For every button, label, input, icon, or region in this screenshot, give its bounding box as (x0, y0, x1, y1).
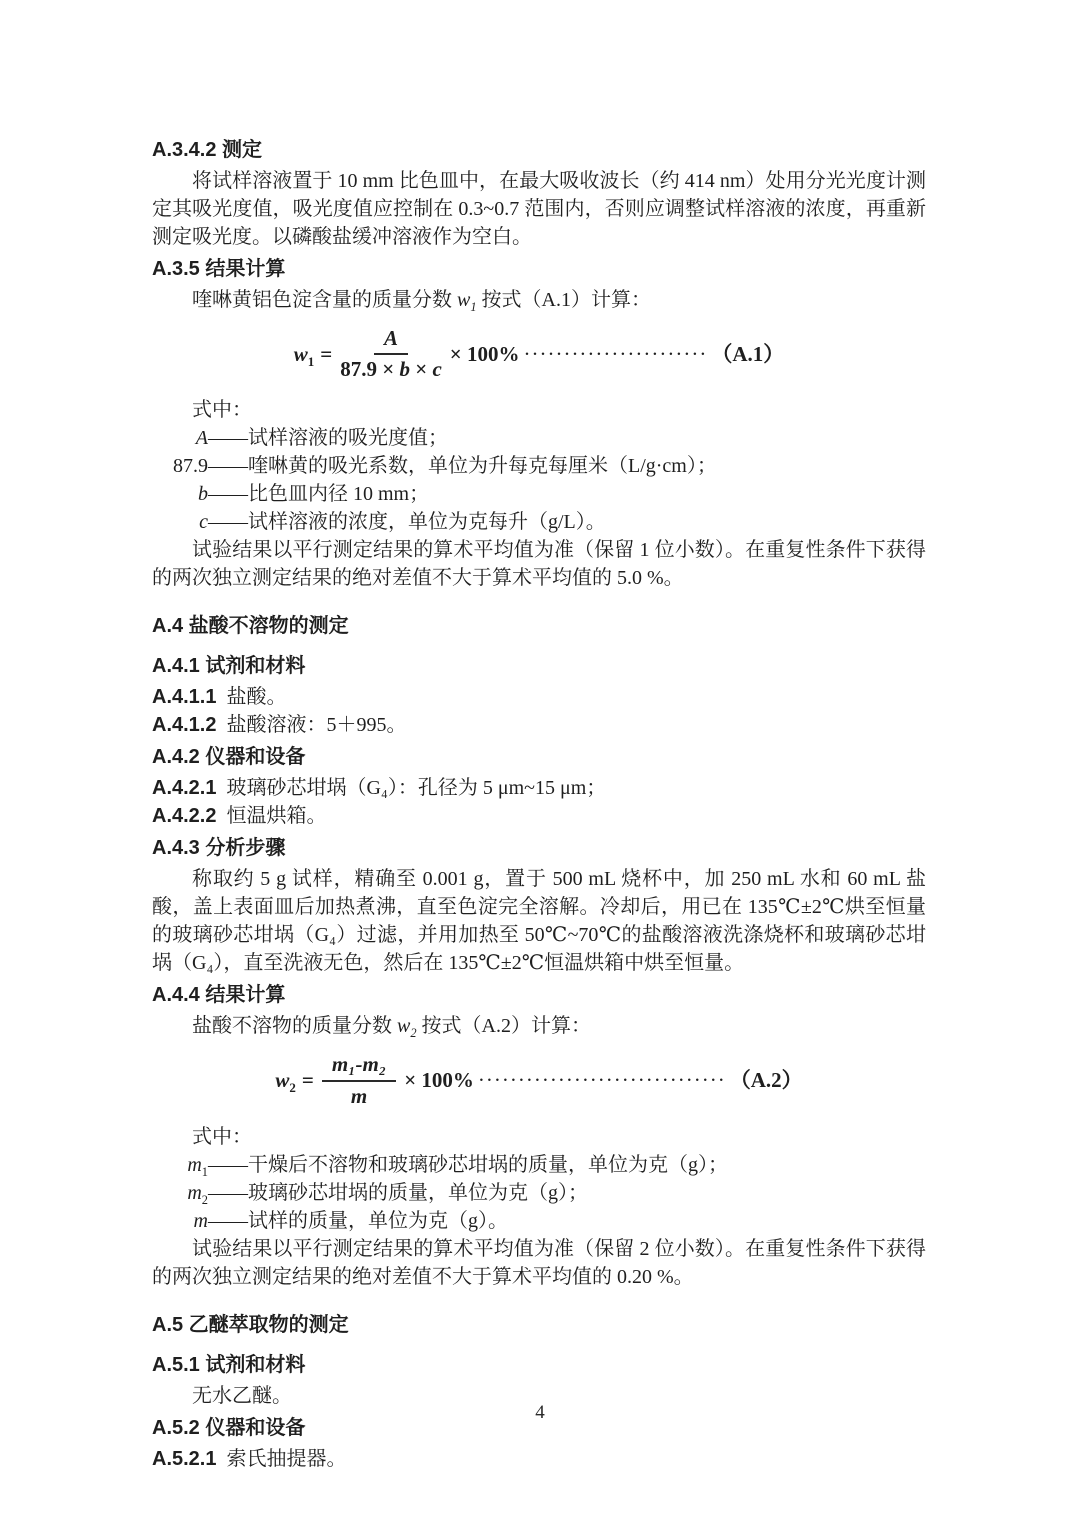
formula-lhs: w2 (275, 1068, 296, 1093)
formula-number-label: （A.2） (730, 1068, 803, 1093)
definition-desc: ——试样溶液的吸光度值； (208, 424, 926, 452)
fraction-numerator: A (374, 326, 408, 355)
var-letter: m (351, 1084, 367, 1108)
clause-text: 盐酸溶液：5＋995。 (226, 714, 406, 736)
para-a44-intro: 盐酸不溶物的质量分数 w2 按式（A.2）计算： (152, 1012, 926, 1040)
fraction: m₁-m₂ m (322, 1052, 396, 1108)
var-letter: m (194, 1210, 208, 1232)
formula-number-label: （A.1） (711, 342, 784, 367)
definition-term: 87.9 (152, 452, 208, 480)
var-letter: w (275, 1068, 289, 1092)
var-letter: m (187, 1154, 201, 1176)
definition-desc: ——干燥后不溶物和玻璃砂芯坩埚的质量，单位为克（g）； (208, 1151, 926, 1179)
intro-text-post: 按式（A.1）计算： (477, 289, 651, 311)
clause-text: 玻璃砂芯坩埚（G₄）：孔径为 5 μm~15 μm； (226, 777, 606, 799)
heading-a-5: A.5 乙醚萃取物的测定 (152, 1311, 926, 1339)
formula-multiplier: × 100% (404, 1068, 474, 1093)
page-number: 4 (0, 1402, 1080, 1424)
times-sign: × (410, 357, 432, 381)
dotted-leader: ······················· (523, 342, 707, 367)
clause-text: 恒温烘箱。 (226, 805, 326, 827)
heading-a-4-1: A.4.1 试剂和材料 (152, 652, 926, 680)
para-a43-procedure: 称取约 5 g 试样，精确至 0.001 g，置于 500 mL 烧杯中，加 2… (152, 865, 926, 977)
definition-desc: ——试样的质量，单位为克（g）。 (208, 1207, 926, 1235)
heading-a-4-2: A.4.2 仪器和设备 (152, 743, 926, 771)
var-letter: w (294, 342, 308, 366)
para-a35-intro: 喹啉黄铝色淀含量的质量分数 w1 按式（A.1）计算： (152, 286, 926, 314)
var-letter: A (196, 427, 208, 449)
clause-number: A.4.2.2 (152, 805, 216, 827)
var-letter: w (397, 1015, 410, 1037)
clause-text: 盐酸。 (226, 686, 286, 708)
equals-sign: = (320, 342, 332, 367)
formula-a2: w2 = m₁-m₂ m × 100% ····················… (152, 1052, 926, 1108)
definition-desc: ——喹啉黄的吸光系数，单位为升每克每厘米（L/g·cm）； (208, 452, 926, 480)
definition-desc: ——试样溶液的浓度，单位为克每升（g/L）。 (208, 508, 926, 536)
var-letter: w (457, 289, 470, 311)
definition-term: m2 (152, 1179, 208, 1207)
heading-a-5-1: A.5.1 试剂和材料 (152, 1351, 926, 1379)
var-w2: w2 (397, 1015, 417, 1037)
var-letter: b (198, 483, 208, 505)
definition-term: b (152, 480, 208, 508)
formula-lhs: w1 (294, 342, 315, 367)
clause-a-4-2-1: A.4.2.1玻璃砂芯坩埚（G₄）：孔径为 5 μm~15 μm； (152, 774, 926, 802)
heading-a-4-3: A.4.3 分析步骤 (152, 834, 926, 862)
document-content: A.3.4.2 测定 将试样溶液置于 10 mm 比色皿中，在最大吸收波长（约 … (152, 132, 926, 1473)
clause-number: A.4.1.1 (152, 686, 216, 708)
definition-desc: ——玻璃砂芯坩埚的质量，单位为克（g）； (208, 1179, 926, 1207)
var-subscript: 2 (289, 1080, 296, 1095)
fraction-numerator: m₁-m₂ (322, 1052, 396, 1081)
clause-a-5-2-1: A.5.2.1索氏抽提器。 (152, 1445, 926, 1473)
clause-a-4-1-2: A.4.1.2盐酸溶液：5＋995。 (152, 711, 926, 739)
var-letter: m₁-m₂ (332, 1052, 386, 1076)
para-a35-result: 试验结果以平行测定结果的算术平均值为准（保留 1 位小数）。在重复性条件下获得的… (152, 536, 926, 592)
definition-term: c (152, 508, 208, 536)
definition-row-b: b ——比色皿内径 10 mm； (152, 480, 926, 508)
definition-row-m1: m1 ——干燥后不溶物和玻璃砂芯坩埚的质量，单位为克（g）； (152, 1151, 926, 1179)
fraction: A 87.9 × b × c (340, 326, 442, 382)
clause-a-4-1-1: A.4.1.1盐酸。 (152, 683, 926, 711)
intro-text-pre: 喹啉黄铝色淀含量的质量分数 (192, 289, 457, 311)
var-letter: c (199, 511, 208, 533)
definition-row-coefficient: 87.9 ——喹啉黄的吸光系数，单位为升每克每厘米（L/g·cm）； (152, 452, 926, 480)
equals-sign: = (302, 1068, 314, 1093)
intro-text-post: 按式（A.2）计算： (417, 1015, 591, 1037)
definition-term: m (152, 1207, 208, 1235)
where-label: 式中： (152, 1123, 926, 1151)
clause-number: A.5.2.1 (152, 1448, 216, 1470)
var-letter: c (432, 357, 441, 381)
definition-row-c: c ——试样溶液的浓度，单位为克每升（g/L）。 (152, 508, 926, 536)
heading-a-3-5: A.3.5 结果计算 (152, 255, 926, 283)
heading-a-4: A.4 盐酸不溶物的测定 (152, 612, 926, 640)
definition-row-m2: m2 ——玻璃砂芯坩埚的质量，单位为克（g）； (152, 1179, 926, 1207)
fraction-denominator: 87.9 × b × c (340, 355, 442, 382)
formula-a1: w1 = A 87.9 × b × c × 100% ·············… (152, 326, 926, 382)
clause-number: A.4.1.2 (152, 714, 216, 736)
para-measurement: 将试样溶液置于 10 mm 比色皿中，在最大吸收波长（约 414 nm）处用分光… (152, 167, 926, 251)
para-a44-result: 试验结果以平行测定结果的算术平均值为准（保留 2 位小数）。在重复性条件下获得的… (152, 1235, 926, 1291)
var-letter: A (384, 326, 398, 350)
clause-text: 索氏抽提器。 (226, 1448, 346, 1470)
definition-term: A (152, 424, 208, 452)
clause-a-4-2-2: A.4.2.2恒温烘箱。 (152, 802, 926, 830)
heading-a-4-4: A.4.4 结果计算 (152, 981, 926, 1009)
document-page: A.3.4.2 测定 将试样溶液置于 10 mm 比色皿中，在最大吸收波长（约 … (0, 0, 1080, 1527)
coefficient: 87.9 (173, 455, 208, 477)
var-letter: m (187, 1182, 201, 1204)
formula-multiplier: × 100% (450, 342, 520, 367)
definition-row-m: m ——试样的质量，单位为克（g）。 (152, 1207, 926, 1235)
coefficient: 87.9 × (340, 357, 399, 381)
where-label: 式中： (152, 396, 926, 424)
definition-term: m1 (152, 1151, 208, 1179)
var-subscript: 1 (308, 354, 315, 369)
fraction-denominator: m (351, 1082, 367, 1109)
definition-desc: ——比色皿内径 10 mm； (208, 480, 926, 508)
definition-row-a: A ——试样溶液的吸光度值； (152, 424, 926, 452)
var-w1: w1 (457, 289, 477, 311)
var-letter: b (399, 357, 410, 381)
heading-a-3-4-2: A.3.4.2 测定 (152, 136, 926, 164)
clause-number: A.4.2.1 (152, 777, 216, 799)
dotted-leader: ······························· (478, 1068, 726, 1093)
intro-text-pre: 盐酸不溶物的质量分数 (192, 1015, 397, 1037)
